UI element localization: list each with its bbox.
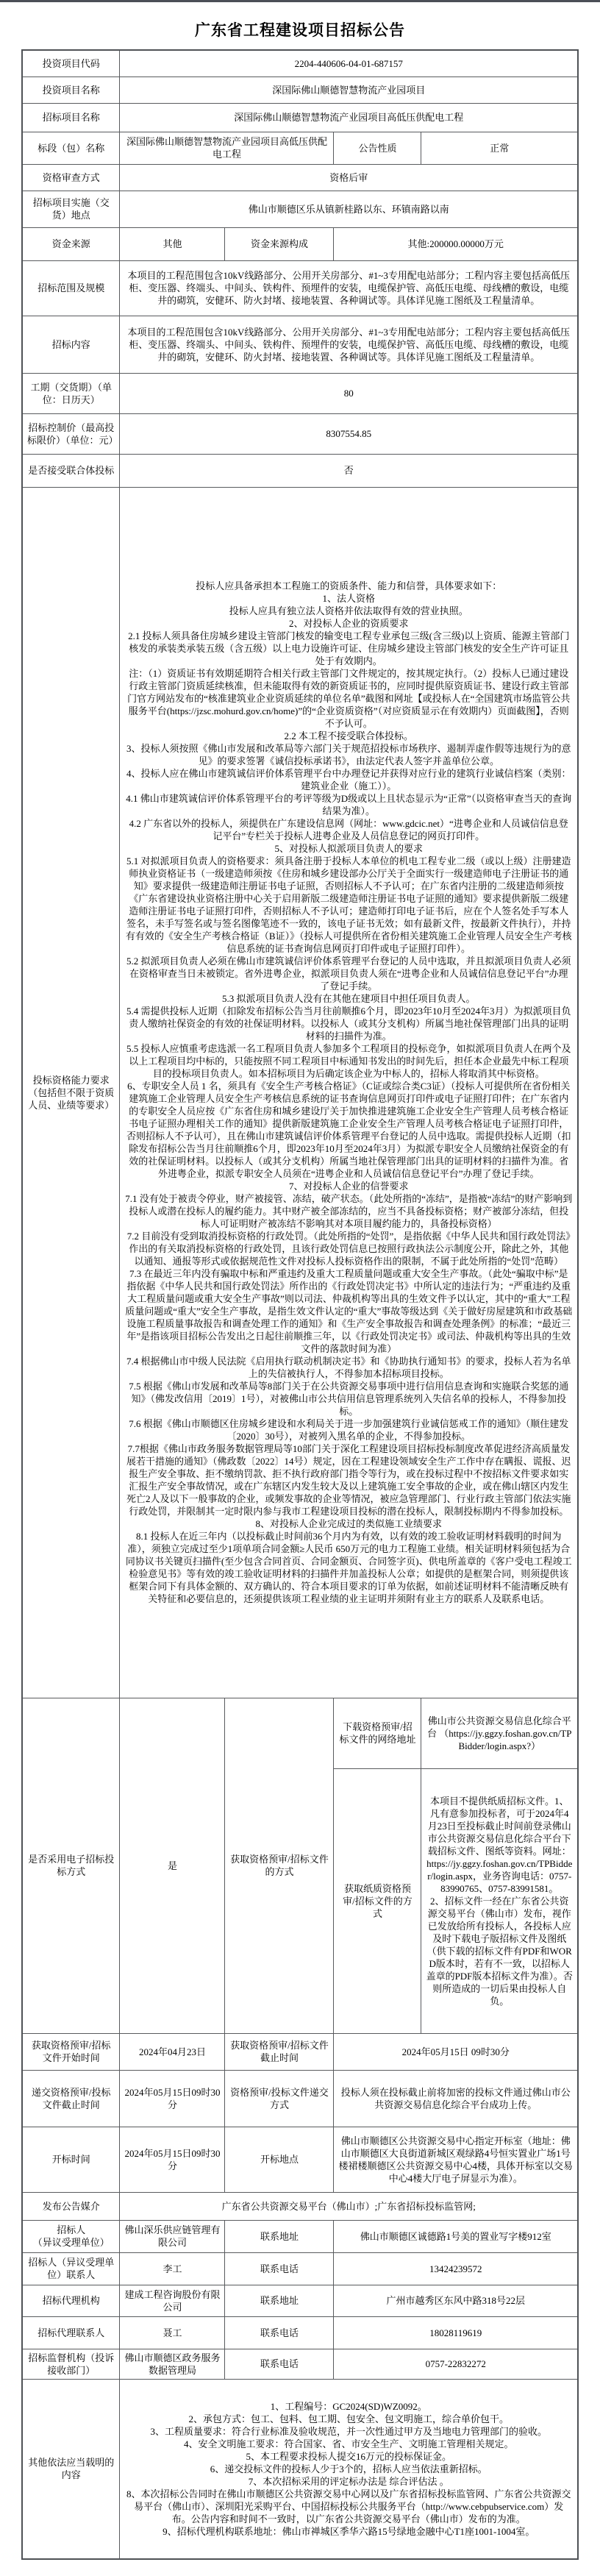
table-row: 招标内容 本项目的工程范围包含10kV线路部分、公用开关房部分、#1~3专用配电…: [22, 316, 578, 373]
section-label: 标段（包）名称: [22, 132, 120, 164]
table-row: 投资项目代码 2204-440606-04-01-687157: [22, 50, 578, 77]
other-content-value: 1、工程编号：GC2024(SD)WZ0092。 2、承包方式：包工、包料、包工…: [120, 2379, 578, 2559]
site-value: 佛山市顺德区乐从镇新桂路以东、环镇南路以南: [120, 191, 578, 227]
invest-name-value: 深国际佛山顺德智慧物流产业园项目: [120, 77, 578, 103]
agency-value: 建成工程咨询股份有限公司: [120, 2285, 225, 2316]
obtain-end-value: 2024年05月15日 09时30分: [334, 2033, 578, 2070]
agency-addr-value: 广州市越秀区东风中路318号22层: [334, 2285, 578, 2316]
obtain-method-label: 获取资格预审/招标文件的方式: [225, 1698, 334, 2033]
table-row: 资格审查方式 资格后审: [22, 164, 578, 191]
table-row: 招标代理机构 建成工程咨询股份有限公司 联系地址 广州市越秀区东风中路318号2…: [22, 2285, 578, 2316]
table-row: 发布公告媒介 广东省公共资源交易平台（佛山市）;广东省招标投标监管网;: [22, 2192, 578, 2220]
qual-review-label: 资格审查方式: [22, 164, 120, 191]
opening-place-value: 佛山市顺德区公共资源交易中心指定开标室（地址：佛山市顺德区大良街道新城区观绿路4…: [334, 2127, 578, 2192]
duration-label: 工期（交货期）（单位：日历天）: [22, 373, 120, 413]
table-row: 开标时间 2024年05月15日09时30分 开标地点 佛山市顺德区公共资源交易…: [22, 2127, 578, 2192]
consortium-label: 是否接受联合体投标: [22, 454, 120, 487]
table-row: 招标范围及规模 本项目的工程范围包含10kV线路部分、公用开关房部分、#1~3专…: [22, 260, 578, 316]
agency-phone-label: 联系电话: [225, 2316, 334, 2349]
table-row: 获取资格预审/招标文件开始时间 2024年04月23日 获取资格预审/招标文件截…: [22, 2033, 578, 2070]
funds-comp-label: 资金来源构成: [225, 227, 334, 260]
tenderer-contact-value: 李工: [120, 2252, 225, 2285]
obtain-start-label: 获取资格预审/招标文件开始时间: [22, 2033, 120, 2070]
table-row: 其他依法应当载明的内容 1、工程编号：GC2024(SD)WZ0092。 2、承…: [22, 2379, 578, 2559]
submit-method-value: 投标人须在投标截止前将加密的投标文件通过佛山市公共资源交易信息化综合平台成功上传…: [334, 2070, 578, 2127]
table-row: 招标控制价（最高投标限价）（单位：元） 8307554.85: [22, 413, 578, 454]
electronic-bidding-label: 是否采用电子招标投标方式: [22, 1698, 120, 2033]
other-content-label: 其他依法应当载明的内容: [22, 2379, 120, 2559]
project-code-value: 2204-440606-04-01-687157: [120, 50, 578, 77]
tenderer-phone-value: 13424239572: [334, 2252, 578, 2285]
qual-review-value: 资格后审: [120, 164, 578, 191]
paper-method-label: 获取纸质资格预审/招标文件的方式: [334, 1768, 421, 2033]
tender-name-label: 招标项目名称: [22, 103, 120, 132]
notice-nature-value: 正常: [421, 132, 578, 164]
table-row: 招标代理联系人 聂工 联系电话 18028119619: [22, 2316, 578, 2349]
table-row: 是否采用电子招标投标方式 是 获取资格预审/招标文件的方式 下载资格预审/招标文…: [22, 1698, 578, 1768]
submit-method-label: 资格预审/投标文件递交方式: [225, 2070, 334, 2127]
site-label: 招标项目实施（交货）地点: [22, 191, 120, 227]
paper-method-value: 本项目不提供纸质招标文件。1、凡有意参加投标者，可于2024年4月23日至投标截…: [421, 1768, 578, 2033]
project-code-label: 投资项目代码: [22, 50, 120, 77]
section-value: 深国际佛山顺德智慧物流产业园项目高低压供配电工程: [120, 132, 334, 164]
scope-value: 本项目的工程范围包含10kV线路部分、公用开关房部分、#1~3专用配电站部分；工…: [120, 260, 578, 316]
agency-phone-value: 18028119619: [334, 2316, 578, 2349]
tenderer-label: 招标人 （异议受理单位）: [22, 2220, 120, 2252]
scope-label: 招标范围及规模: [22, 260, 120, 316]
submit-deadline-value: 2024年05月15日09时30分: [120, 2070, 225, 2127]
tenderer-phone-label: 联系电话: [225, 2252, 334, 2285]
table-row: 投资项目名称 深国际佛山顺德智慧物流产业园项目: [22, 77, 578, 103]
table-row: 是否接受联合体投标 否: [22, 454, 578, 487]
supervisor-label: 招标监督机构（投诉接收部门）: [22, 2349, 120, 2379]
supervisor-phone-value: 0757-22832272: [334, 2349, 578, 2379]
invest-name-label: 投资项目名称: [22, 77, 120, 103]
qualification-req-label: 投标资格能力要求（包括但不限于资质人员、业绩等要求）: [22, 487, 120, 1698]
table-row: 投标资格能力要求（包括但不限于资质人员、业绩等要求） 投标人应具备承担本工程施工…: [22, 487, 578, 1698]
consortium-value: 否: [120, 454, 578, 487]
duration-value: 80: [120, 373, 578, 413]
table-row: 标段（包）名称 深国际佛山顺德智慧物流产业园项目高低压供配电工程 公告性质 正常: [22, 132, 578, 164]
notice-nature-label: 公告性质: [334, 132, 421, 164]
announcement-table: 投资项目代码 2204-440606-04-01-687157 投资项目名称 深…: [21, 49, 579, 2560]
tenderer-value: 佛山深乐供应链管理有限公司: [120, 2220, 225, 2252]
tenderer-addr-value: 佛山市顺德区诚德路1号美的置业写字楼912室: [334, 2220, 578, 2252]
media-value: 广东省公共资源交易平台（佛山市）;广东省招标投标监管网;: [120, 2192, 578, 2220]
obtain-start-value: 2024年04月23日: [120, 2033, 225, 2070]
agency-contact-value: 聂工: [120, 2316, 225, 2349]
funds-comp-value: 其他:200000.00000万元: [334, 227, 578, 260]
top-bar: [0, 0, 600, 2]
opening-time-label: 开标时间: [22, 2127, 120, 2192]
obtain-end-label: 获取资格预审/招标文件截止时间: [225, 2033, 334, 2070]
download-url-label: 下载资格预审/招标文件的网络地址: [334, 1698, 421, 1768]
content-label: 招标内容: [22, 316, 120, 373]
funds-label: 资金来源: [22, 227, 120, 260]
supervisor-phone-label: 联系电话: [225, 2349, 334, 2379]
tenderer-contact-label: 招标人（异议受理单位）联系人: [22, 2252, 120, 2285]
table-row: 招标人（异议受理单位）联系人 李工 联系电话 13424239572: [22, 2252, 578, 2285]
ceiling-price-value: 8307554.85: [120, 413, 578, 454]
qualification-req-value: 投标人应具备承担本工程施工的资质条件、能力和信誉，具体要求如下： 1、法人资格 …: [120, 487, 578, 1698]
ceiling-price-label: 招标控制价（最高投标限价）（单位：元）: [22, 413, 120, 454]
table-row: 工期（交货期）（单位：日历天） 80: [22, 373, 578, 413]
tender-name-value: 深国际佛山顺德智慧物流产业园项目高低压供配电工程: [120, 103, 578, 132]
content-value: 本项目的工程范围包含10kV线路部分、公用开关房部分、#1~3专用配电站部分；工…: [120, 316, 578, 373]
agency-label: 招标代理机构: [22, 2285, 120, 2316]
tenderer-addr-label: 联系地址: [225, 2220, 334, 2252]
agency-addr-label: 联系地址: [225, 2285, 334, 2316]
table-row: 招标监督机构（投诉接收部门） 佛山市顺德区政务服务数据管理局 联系电话 0757…: [22, 2349, 578, 2379]
bottom-spacer: [0, 2560, 600, 2576]
table-row: 招标项目实施（交货）地点 佛山市顺德区乐从镇新桂路以东、环镇南路以南: [22, 191, 578, 227]
opening-place-label: 开标地点: [225, 2127, 334, 2192]
electronic-bidding-value: 是: [120, 1698, 225, 2033]
table-row: 递交资格预审/投标文件截止时间 2024年05月15日09时30分 资格预审/投…: [22, 2070, 578, 2127]
download-url-value: 佛山市公共资源交易信息化综合平台 （https://jy.ggzy.foshan…: [421, 1698, 578, 1768]
page-title: 广东省工程建设项目招标公告: [0, 21, 600, 39]
supervisor-value: 佛山市顺德区政务服务数据管理局: [120, 2349, 225, 2379]
submit-deadline-label: 递交资格预审/投标文件截止时间: [22, 2070, 120, 2127]
agency-contact-label: 招标代理联系人: [22, 2316, 120, 2349]
opening-time-value: 2024年05月15日09时30分: [120, 2127, 225, 2192]
funds-value: 其他: [120, 227, 225, 260]
media-label: 发布公告媒介: [22, 2192, 120, 2220]
table-row: 招标项目名称 深国际佛山顺德智慧物流产业园项目高低压供配电工程: [22, 103, 578, 132]
table-row: 资金来源 其他 资金来源构成 其他:200000.00000万元: [22, 227, 578, 260]
table-row: 招标人 （异议受理单位） 佛山深乐供应链管理有限公司 联系地址 佛山市顺德区诚德…: [22, 2220, 578, 2252]
